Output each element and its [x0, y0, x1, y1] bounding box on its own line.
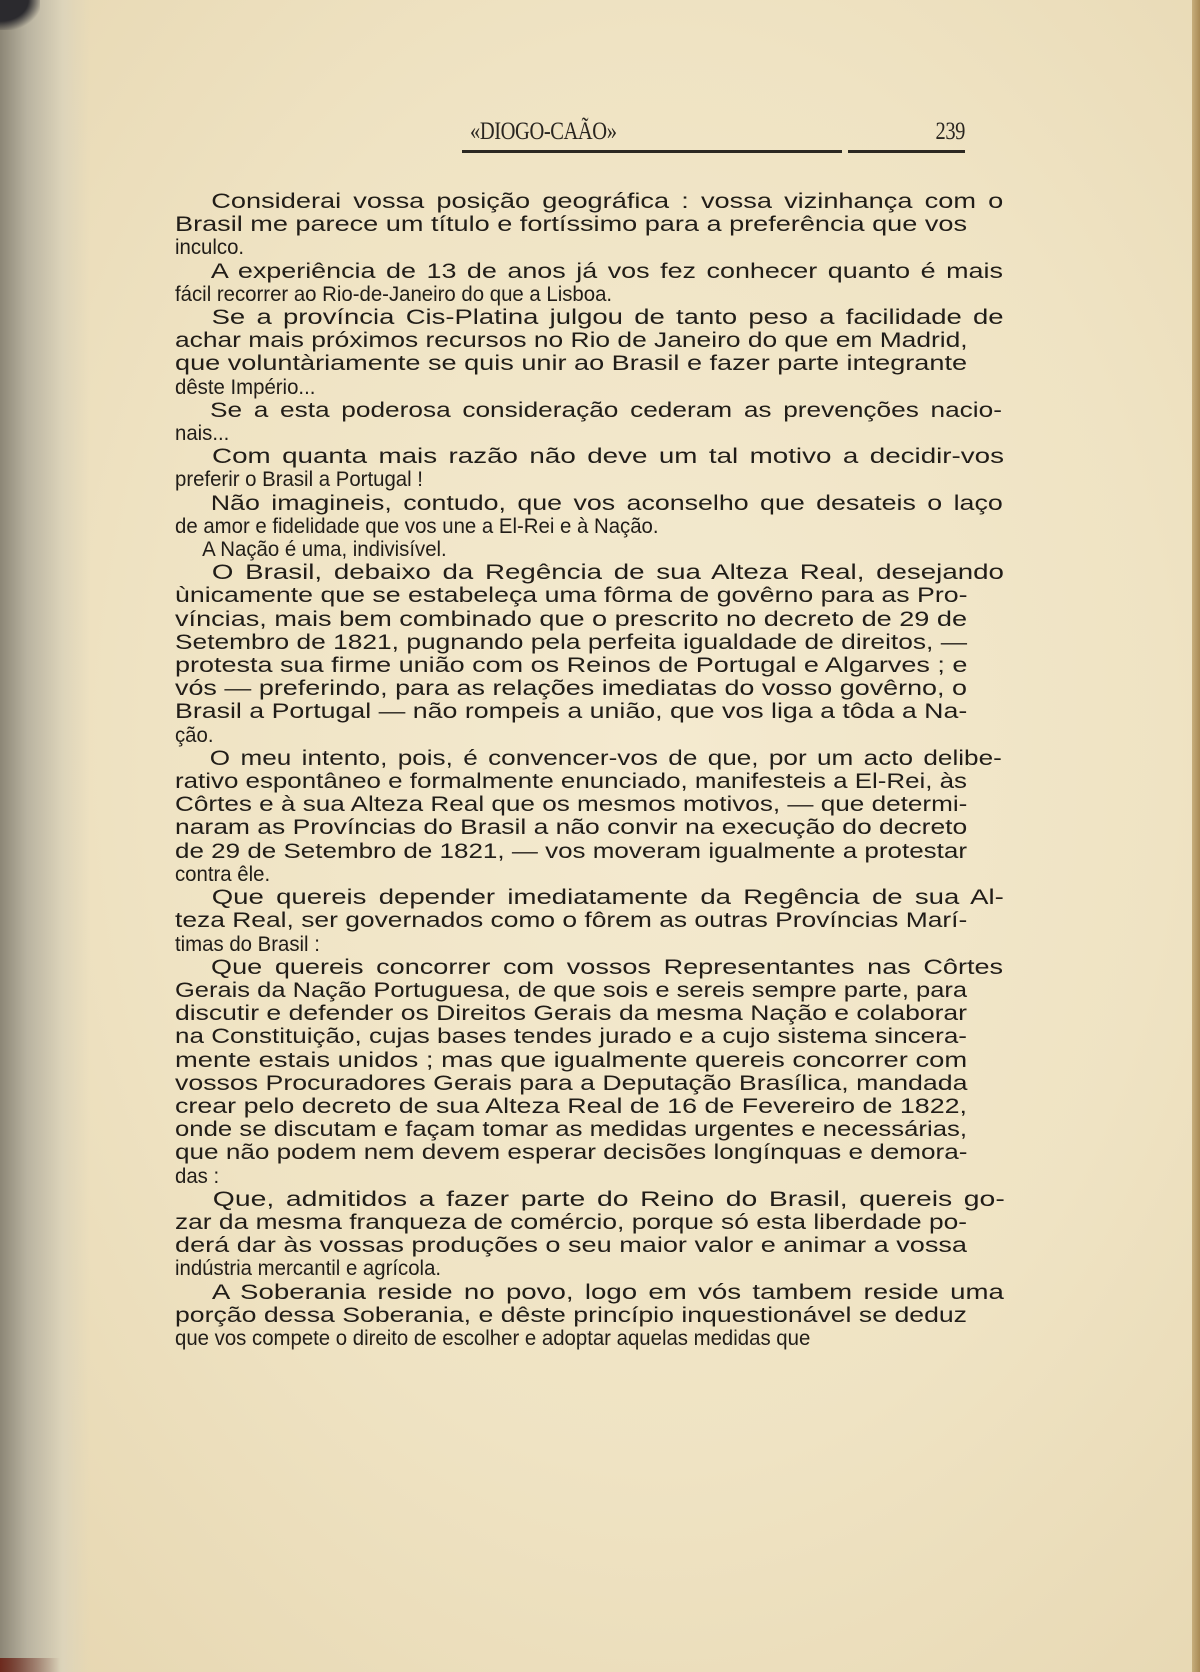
- text-line: onde se discutam e façam tomar as medida…: [175, 1118, 967, 1141]
- text-line: Que quereis depender imediatamente da Re…: [175, 886, 1004, 909]
- body-text: Considerai vossa posição geográfica : vo…: [175, 190, 967, 1350]
- text-line: Não imagineis, contudo, que vos aconselh…: [175, 492, 1003, 515]
- text-line: crear pelo decreto de sua Alteza Real de…: [175, 1095, 967, 1118]
- paragraph: Que quereis depender imediatamente da Re…: [175, 886, 967, 956]
- running-head-title: «DIOGO-CAÃO»: [470, 118, 617, 146]
- text-line: na Constituição, cujas bases tendes jura…: [175, 1025, 967, 1048]
- text-line: que não podem nem devem esperar decisões…: [175, 1141, 967, 1164]
- paragraph: O Brasil, debaixo da Regência de sua Alt…: [175, 561, 967, 747]
- text-line: Setembro de 1821, pugnando pela perfeita…: [175, 631, 967, 654]
- binding-gutter-shadow: [0, 0, 90, 1672]
- text-line: teza Real, ser governados como o fôrem a…: [175, 909, 967, 932]
- text-line: Que quereis concorrer com vossos Represe…: [175, 956, 1003, 979]
- book-page: «DIOGO-CAÃO» 239 Considerai vossa posiçã…: [0, 0, 1200, 1672]
- text-line: vossos Procuradores Gerais para a Deputa…: [175, 1072, 967, 1095]
- text-line: que voluntàriamente se quis unir ao Bras…: [175, 352, 967, 375]
- text-line: Côrtes e à sua Alteza Real que os mesmos…: [175, 793, 967, 816]
- text-line: achar mais próximos recursos no Rio de J…: [175, 329, 967, 352]
- text-line: mente estais unidos ; mas que igualmente…: [175, 1049, 967, 1072]
- text-line: A Nação é uma, indivisível.: [175, 538, 474, 561]
- text-line: O Brasil, debaixo da Regência de sua Alt…: [175, 561, 1004, 584]
- text-line: fácil recorrer ao Rio-de-Janeiro do que …: [175, 283, 612, 306]
- text-line: vós — preferindo, para as relações imedi…: [175, 677, 967, 700]
- paragraph: Que, admitidos a fazer parte do Reino do…: [175, 1188, 967, 1281]
- text-line: discutir e defender os Direitos Gerais d…: [175, 1002, 967, 1025]
- text-line: zar da mesma franqueza de comércio, porq…: [175, 1211, 967, 1234]
- text-line: Brasil me parece um título e fortíssimo …: [175, 213, 967, 236]
- text-line: Gerais da Nação Portuguesa, de que sois …: [175, 979, 967, 1002]
- paragraph: Considerai vossa posição geográfica : vo…: [175, 190, 967, 260]
- scan-corner-dark: [0, 0, 40, 30]
- paragraph: Que quereis concorrer com vossos Represe…: [175, 956, 967, 1188]
- paragraph: Se a província Cis-Platina julgou de tan…: [175, 306, 967, 399]
- header-rule: [462, 150, 842, 153]
- running-head: «DIOGO-CAÃO» 239: [462, 118, 965, 150]
- text-line: porção dessa Soberania, e dêste princípi…: [175, 1304, 967, 1327]
- text-line: Se a esta poderosa consideração cederam …: [175, 399, 1002, 422]
- page-edge: [1192, 0, 1200, 1672]
- text-line: derá dar às vossas produções o seu maior…: [175, 1234, 967, 1257]
- text-line: protesta sua firme união com os Reinos d…: [175, 654, 967, 677]
- text-line: Que, admitidos a fazer parte do Reino do…: [175, 1188, 1005, 1211]
- text-line: preferir o Brasil a Portugal !: [175, 468, 423, 491]
- paragraph: O meu intento, pois, é convencer-vos de …: [175, 747, 967, 886]
- paragraph: Não imagineis, contudo, que vos aconselh…: [175, 492, 967, 538]
- paragraph: Se a esta poderosa consideração cederam …: [175, 399, 967, 445]
- text-line: Considerai vossa posição geográfica : vo…: [175, 190, 1003, 213]
- text-line: das :: [175, 1165, 220, 1188]
- paragraph: A Nação é uma, indivisível.: [175, 538, 967, 561]
- text-line: A Soberania reside no povo, logo em vós …: [175, 1281, 1004, 1304]
- text-line: ção.: [175, 724, 214, 747]
- header-rule-short: [848, 150, 965, 153]
- text-line: inculco.: [175, 236, 244, 259]
- text-line: víncias, mais bem combinado que o prescr…: [175, 608, 967, 631]
- text-line: contra êle.: [175, 863, 270, 886]
- text-line: nais...: [175, 422, 229, 445]
- text-line: de 29 de Setembro de 1821, — vos moveram…: [175, 840, 967, 863]
- book-cover-edge: [0, 1658, 60, 1672]
- text-line: A experiência de 13 de anos já vos fez c…: [175, 260, 1003, 283]
- text-line: de amor e fidelidade que vos une a El-Re…: [175, 515, 658, 538]
- text-line: Brasil a Portugal — não rompeis a união,…: [175, 700, 967, 723]
- paragraph: A experiência de 13 de anos já vos fez c…: [175, 260, 967, 306]
- text-line: O meu intento, pois, é convencer-vos de …: [175, 747, 1002, 770]
- text-line: timas do Brasil :: [175, 933, 320, 956]
- text-line: Se a província Cis-Platina julgou de tan…: [175, 306, 1004, 329]
- text-line: que vos compete o direito de escolher e …: [175, 1327, 810, 1350]
- text-line: dêste Império...: [175, 376, 316, 399]
- paragraph: Com quanta mais razão não deve um tal mo…: [175, 445, 967, 491]
- text-line: naram as Províncias do Brasil a não conv…: [175, 816, 967, 839]
- page-number: 239: [935, 118, 965, 146]
- text-line: indústria mercantil e agrícola.: [175, 1257, 441, 1280]
- text-line: Com quanta mais razão não deve um tal mo…: [175, 445, 1004, 468]
- text-line: rativo espontâneo e formalmente enunciad…: [175, 770, 967, 793]
- text-line: ùnicamente que se estabeleça uma fôrma d…: [175, 584, 967, 607]
- paragraph: A Soberania reside no povo, logo em vós …: [175, 1281, 967, 1351]
